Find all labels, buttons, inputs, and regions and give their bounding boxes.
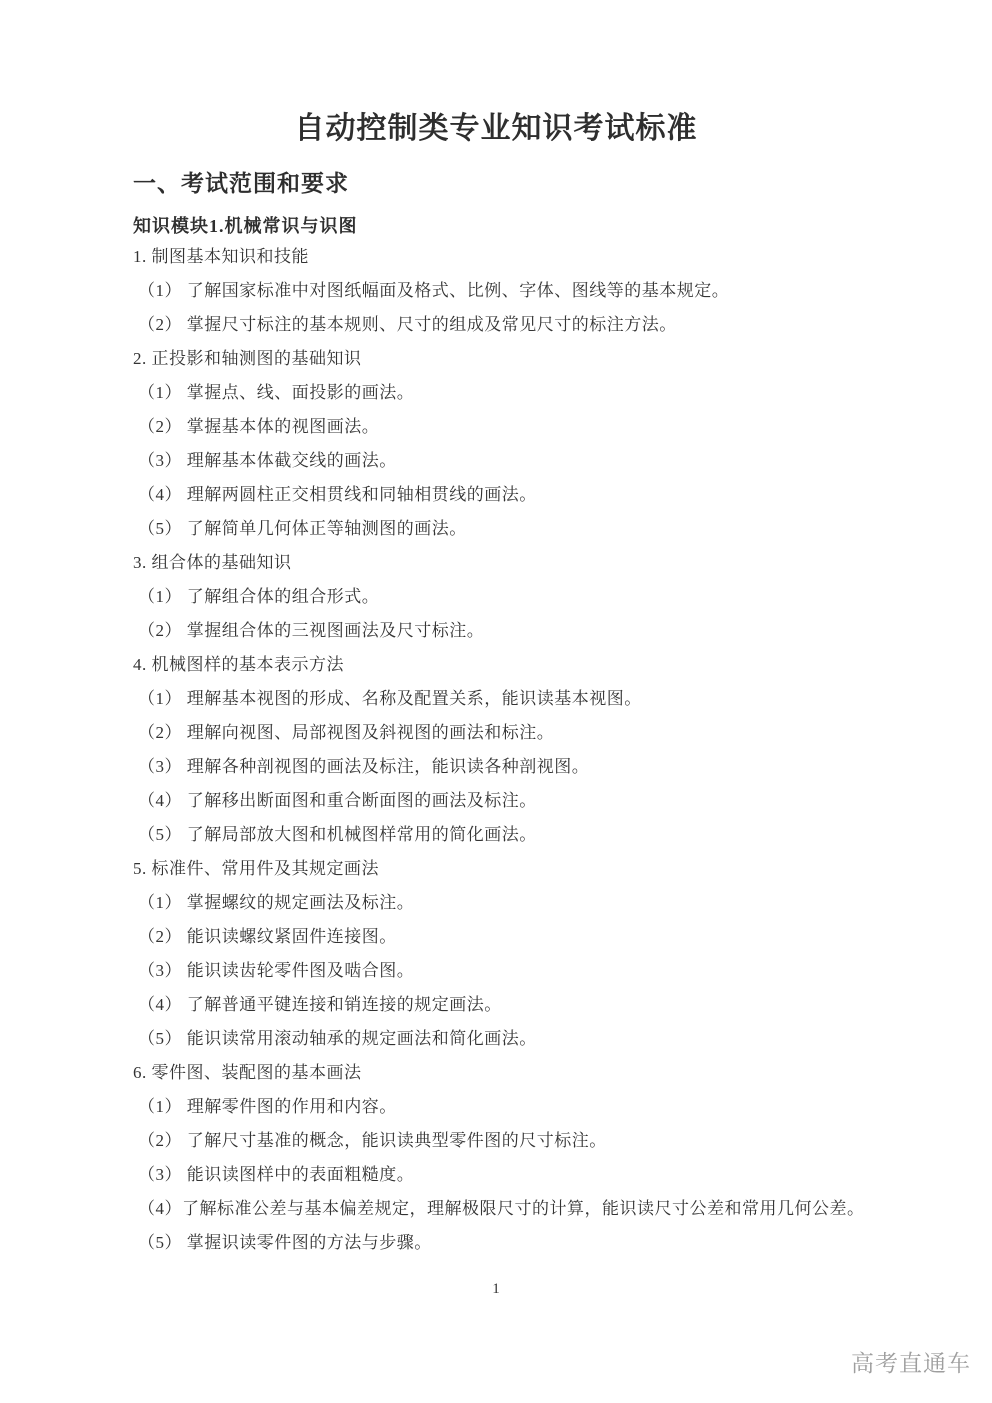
topic-point: （1） 了解国家标准中对图纸幅面及格式、比例、字体、图线等的基本规定。 [133,274,932,308]
page-title: 自动控制类专业知识考试标准 [0,103,992,147]
topic-point: （5） 能识读常用滚动轴承的规定画法和简化画法。 [133,1022,932,1056]
topic-point: （1） 掌握点、线、面投影的画法。 [133,376,932,410]
topic-point: （3） 能识读齿轮零件图及啮合图。 [133,954,932,988]
topic-point: （2） 掌握组合体的三视图画法及尺寸标注。 [133,614,932,648]
topic-point: （1） 理解基本视图的形成、名称及配置关系，能识读基本视图。 [133,682,932,716]
topic-point: （4） 了解普通平键连接和销连接的规定画法。 [133,988,932,1022]
topic-point: （2） 理解向视图、局部视图及斜视图的画法和标注。 [133,716,932,750]
page-number: 1 [0,1281,992,1298]
topic-point: （2） 掌握尺寸标注的基本规则、尺寸的组成及常见尺寸的标注方法。 [133,308,932,342]
topic-title: 4. 机械图样的基本表示方法 [133,648,932,682]
topic-point: （3） 理解各种剖视图的画法及标注，能识读各种剖视图。 [133,750,932,784]
topic-title: 1. 制图基本知识和技能 [133,240,932,274]
document-page: 自动控制类专业知识考试标准 一、考试范围和要求 知识模块1.机械常识与识图 1.… [0,0,992,1403]
topic-point: （1） 了解组合体的组合形式。 [133,580,932,614]
topic-point: （4）了解标准公差与基本偏差规定，理解极限尺寸的计算，能识读尺寸公差和常用几何公… [133,1192,932,1226]
topic-point: （5） 了解局部放大图和机械图样常用的简化画法。 [133,818,932,852]
topic-point: （4） 理解两圆柱正交相贯线和同轴相贯线的画法。 [133,478,932,512]
topic-point: （3） 理解基本体截交线的画法。 [133,444,932,478]
topic-point: （2） 了解尺寸基准的概念，能识读典型零件图的尺寸标注。 [133,1124,932,1158]
topic-title: 5. 标准件、常用件及其规定画法 [133,852,932,886]
topic-point: （1） 理解零件图的作用和内容。 [133,1090,932,1124]
topic-point: （2） 能识读螺纹紧固件连接图。 [133,920,932,954]
module-heading: 知识模块1.机械常识与识图 [133,212,358,238]
topic-point: （5） 掌握识读零件图的方法与步骤。 [133,1226,932,1260]
section-heading: 一、考试范围和要求 [133,165,349,198]
topic-point: （5） 了解简单几何体正等轴测图的画法。 [133,512,932,546]
topic-title: 6. 零件图、装配图的基本画法 [133,1056,932,1090]
watermark: 高考直通车 [851,1345,971,1378]
topic-point: （3） 能识读图样中的表面粗糙度。 [133,1158,932,1192]
exam-requirements-list: 1. 制图基本知识和技能 （1） 了解国家标准中对图纸幅面及格式、比例、字体、图… [133,240,932,1260]
topic-point: （4） 了解移出断面图和重合断面图的画法及标注。 [133,784,932,818]
topic-point: （1） 掌握螺纹的规定画法及标注。 [133,886,932,920]
topic-title: 3. 组合体的基础知识 [133,546,932,580]
topic-point: （2） 掌握基本体的视图画法。 [133,410,932,444]
topic-title: 2. 正投影和轴测图的基础知识 [133,342,932,376]
